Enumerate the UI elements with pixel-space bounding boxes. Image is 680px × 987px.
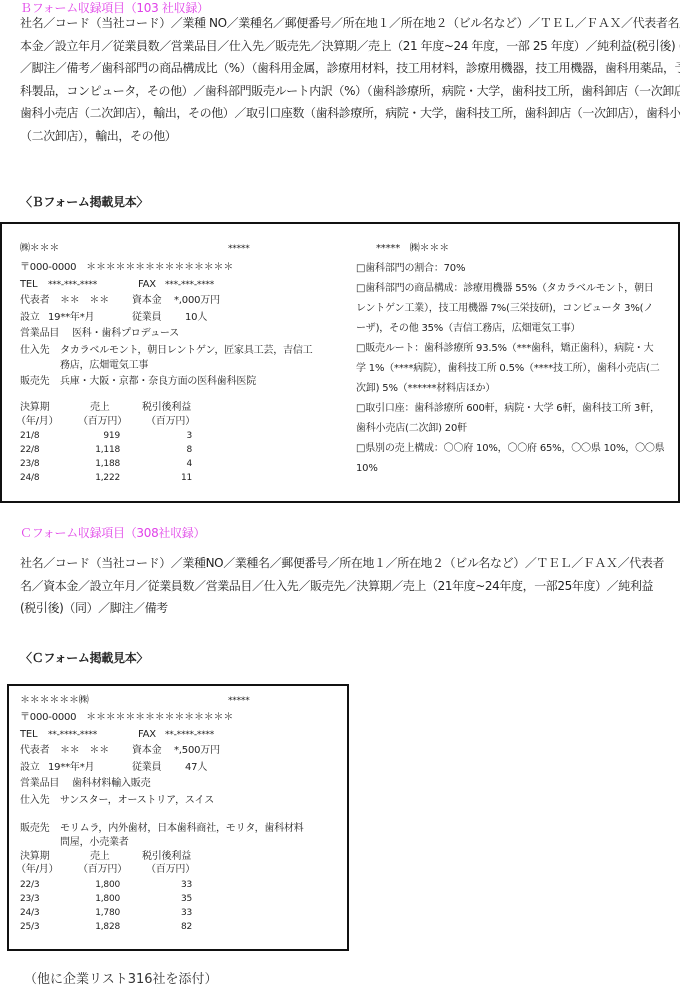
customers-label: 販売先 [20,375,49,389]
cell-profit: 8 [152,443,192,457]
table-unit-period: （年/月） [16,863,58,877]
prefecture-sales-cont: 10% [356,462,378,476]
capital-value: *,000万円 [174,294,220,308]
right-company-header: ***** ㈱＊＊＊ [376,242,449,256]
company-code: ***** [228,694,250,708]
company-code: ***** [228,242,250,256]
table-unit-sales: （百万円） [78,415,127,429]
fax-value: **-****-**** [165,728,214,742]
table-header-profit: 税引後利益 [142,401,191,415]
sales-route-cont: 次卸) 5%（******材料店ほか） [356,382,495,396]
fax-label: FAX [138,278,156,292]
suppliers-label: 仕入先 [20,344,49,358]
fields-line: （二次卸店），輸出，その他） [20,125,680,148]
cell-period: 22/3 [20,878,39,892]
products-value: 医科・歯科プロデュース [72,327,179,341]
product-mix-cont: レントゲン工業），技工用機器 7%(三栄技研)，コンピュータ 3%(ノ [356,302,653,316]
employees-label: 従業員 [132,311,161,325]
table-unit-sales: （百万円） [78,863,127,877]
company-name: ＊＊＊＊＊＊㈱ [20,694,89,708]
table-header-period: 決算期 [20,401,49,415]
product-mix: □歯科部門の商品構成：診療用機器 55%（タカラベルモント，朝日 [356,282,654,296]
founded-label: 設立 [20,761,40,775]
founded-value: 19**年*月 [48,311,94,325]
sales-route-cont: 学 1%（****病院），歯科技工所 0.5%（****技工所），歯科小売店(二 [356,362,660,376]
section-b-sample-title: 〈Ｂフォーム掲載見本〉 [20,193,148,210]
rep-value: ＊＊ ＊＊ [60,294,109,308]
cell-sales: 1,222 [72,471,120,485]
cell-profit: 3 [152,429,192,443]
cell-sales: 1,118 [72,443,120,457]
sales-route: □販売ルート：歯科診療所 93.5%（***歯科，矯正歯科），病院・大 [356,342,653,356]
prefecture-sales: □県別の売上構成：〇〇府 10%，〇〇府 65%，〇〇県 10%，〇〇県 [356,442,664,456]
suppliers-value: タカラベルモント，朝日レントゲン，匠家具工芸，吉信工 [60,344,312,358]
cell-sales: 1,800 [72,892,120,906]
fields-line: 本金／設立年月／従業員数／営業品目／仕入先／販売先／決算期／売上（21 年度~2… [20,35,680,58]
accounts: □取引口座：歯科診療所 600軒，病院・大学 6軒，歯科技工所 3軒， [356,402,660,416]
section-c-fields: 社名／コード（当社コード）／業種NO／業種名／郵便番号／所在地１／所在地２（ビル… [20,552,680,620]
table-unit-profit: （百万円） [146,415,195,429]
customers-value: 兵庫・大阪・京都・奈良方面の医科歯科医院 [60,375,256,389]
cell-period: 22/8 [20,443,39,457]
postal-address: 〒000-0000 ＊＊＊＊＊＊＊＊＊＊＊＊＊＊＊ [20,261,233,275]
products-value: 歯科材料輸入販売 [72,777,150,791]
customers-value: モリムラ，内外歯材，日本歯科商社，モリタ，歯科材料 [60,822,304,836]
cell-sales: 1,828 [72,920,120,934]
tel-value: ***-***-**** [48,278,97,292]
cell-profit: 35 [152,892,192,906]
tel-label: TEL [20,278,37,292]
rep-label: 代表者 [20,294,49,308]
cell-profit: 82 [152,920,192,934]
section-b-sample-box: ㈱＊＊＊ ***** 〒000-0000 ＊＊＊＊＊＊＊＊＊＊＊＊＊＊＊ TEL… [0,222,680,503]
cell-sales: 919 [72,429,120,443]
cell-sales: 1,780 [72,906,120,920]
founded-value: 19**年*月 [48,761,94,775]
cell-profit: 33 [152,878,192,892]
capital-label: 資本金 [132,744,161,758]
products-label: 営業品目 [20,327,59,341]
employees-label: 従業員 [132,761,161,775]
table-header-profit: 税引後利益 [142,850,191,864]
suppliers-value: サンスター，オーストリア，スイス [60,794,214,808]
fields-line: 名／資本金／設立年月／従業員数／営業品目／仕入先／販売先／決算期／売上（21年度… [20,575,680,598]
rep-label: 代表者 [20,744,49,758]
section-c-sample-title: 〈Ｃフォーム掲載見本〉 [20,649,148,666]
dental-ratio: □歯科部門の割合：70% [356,262,465,276]
company-name: ㈱＊＊＊ [20,242,59,256]
fax-label: FAX [138,728,156,742]
section-c-heading: Ｃフォーム収録項目（308社収録） [20,524,205,541]
section-b-fields: 社名／コード（当社コード）／業種 NO／業種名／郵便番号／所在地１／所在地２（ビ… [20,12,680,147]
customers-label: 販売先 [20,822,49,836]
fields-line: 社名／コード（当社コード）／業種NO／業種名／郵便番号／所在地１／所在地２（ビル… [20,552,680,575]
fields-line: 歯科小売店（二次卸店），輸出，その他）／取引口座数（歯科診療所，病院・大学，歯科… [20,102,680,125]
fax-value: ***-***-**** [165,278,214,292]
footer-note: （他に企業リスト316社を添付） [24,968,218,987]
postal-address: 〒000-0000 ＊＊＊＊＊＊＊＊＊＊＊＊＊＊＊ [20,711,233,725]
section-c-sample-box: ＊＊＊＊＊＊㈱ ***** 〒000-0000 ＊＊＊＊＊＊＊＊＊＊＊＊＊＊＊ … [7,684,349,951]
fields-line: ／脚注／備考／歯科部門の商品構成比（%）（歯科用金属，診療用材料，技工用材料，診… [20,57,680,80]
table-header-sales: 売上 [90,401,110,415]
cell-period: 25/3 [20,920,39,934]
cell-period: 24/8 [20,471,39,485]
cell-period: 23/8 [20,457,39,471]
tel-label: TEL [20,728,37,742]
founded-label: 設立 [20,311,40,325]
cell-sales: 1,800 [72,878,120,892]
cell-sales: 1,188 [72,457,120,471]
suppliers-value-cont: 務店，広畑電気工事 [60,359,148,373]
suppliers-label: 仕入先 [20,794,49,808]
table-header-period: 決算期 [20,850,49,864]
employees-value: 10人 [185,311,207,325]
cell-period: 24/3 [20,906,39,920]
capital-label: 資本金 [132,294,161,308]
product-mix-cont: ーザ)，その他 35%（吉信工務店，広畑電気工事） [356,322,580,336]
cell-profit: 33 [152,906,192,920]
table-unit-profit: （百万円） [146,863,195,877]
products-label: 営業品目 [20,777,59,791]
table-header-sales: 売上 [90,850,110,864]
cell-period: 21/8 [20,429,39,443]
tel-value: **-****-**** [48,728,97,742]
capital-value: *,500万円 [174,744,220,758]
employees-value: 47人 [185,761,207,775]
accounts-cont: 歯科小売店(二次卸) 20軒 [356,422,467,436]
customers-value-cont: 問屋，小売業者 [60,836,129,850]
table-unit-period: （年/月） [16,415,58,429]
cell-profit: 11 [152,471,192,485]
cell-period: 23/3 [20,892,39,906]
fields-line: (税引後)（同）／脚注／備考 [20,597,680,620]
cell-profit: 4 [152,457,192,471]
fields-line: 社名／コード（当社コード）／業種 NO／業種名／郵便番号／所在地１／所在地２（ビ… [20,12,680,35]
rep-value: ＊＊ ＊＊ [60,744,109,758]
fields-line: 科製品，コンピュータ，その他）／歯科部門販売ルート内訳（%）（歯科診療所，病院・… [20,80,680,103]
